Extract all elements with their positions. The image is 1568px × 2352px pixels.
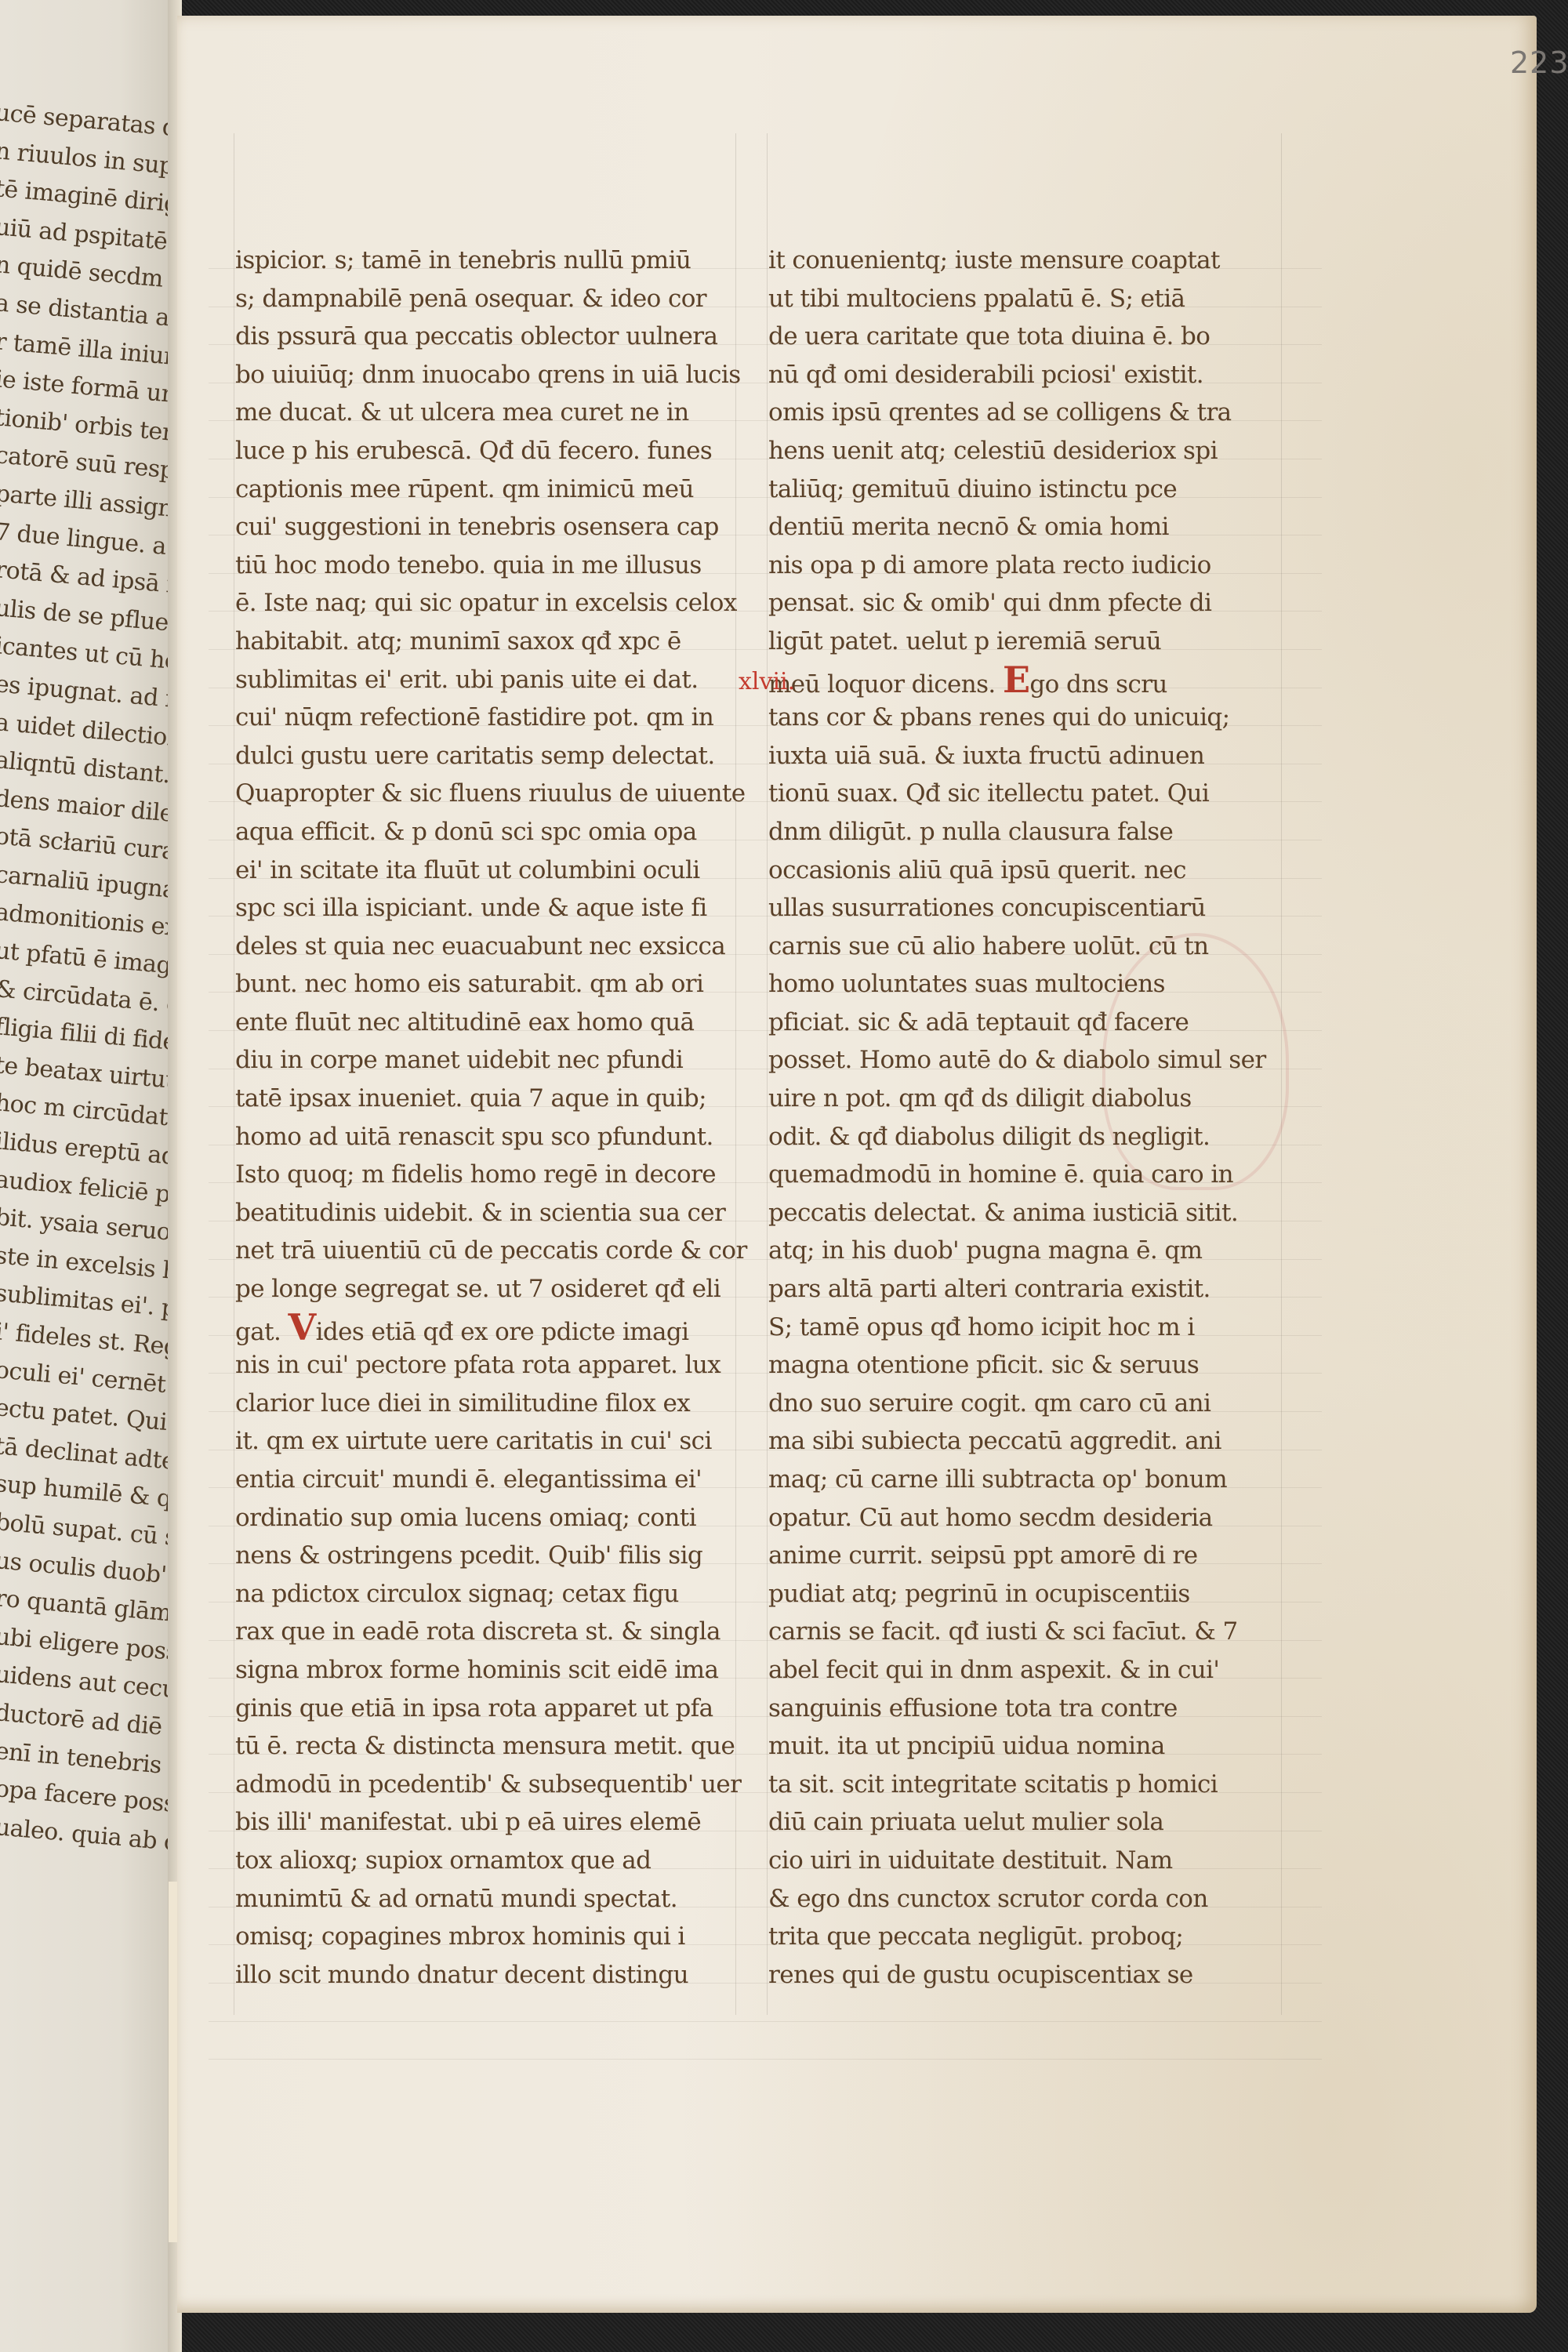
text-line: signa mbrox forme hominis scit eidē ima — [235, 1651, 737, 1690]
text-line: spc sci illa ispiciant. unde & aque iste… — [235, 889, 737, 927]
text-line: cio uiri in uiduitate destituit. Nam — [768, 1842, 1278, 1880]
text-line: s; dampnabilē penā osequar. & ideo cor — [235, 280, 737, 318]
text-line: anime currit. seipsū ppt amorē di re — [768, 1537, 1278, 1575]
text-line: de uera caritate que tota diuina ē. bo — [768, 318, 1278, 356]
text-line: tū ē. recta & distincta mensura metit. q… — [235, 1727, 737, 1766]
text-line: odit. & qđ diabolus diligit ds negligit. — [768, 1118, 1278, 1156]
text-line: tiū hoc modo tenebo. quia in me illusus — [235, 546, 737, 585]
text-line: dentiū merita necnō & omia homi — [768, 508, 1278, 546]
text-line: ē. Iste naq; qui sic opatur in excelsis … — [235, 584, 737, 622]
text-line: ei' in scitate ita fluūt ut columbini oc… — [235, 851, 737, 890]
text-line: sublimitas ei' erit. ubi panis uite ei d… — [235, 661, 737, 699]
text-line: hens uenit atq; celestiū desideriox spi — [768, 432, 1278, 470]
recto-page: 223 ispicior. s; tamē in tenebris nullū … — [177, 16, 1537, 2313]
text-line: habitabit. atq; munimī saxox qđ xpc ē — [235, 622, 737, 661]
text-line: bis illi' manifestat. ubi p eā uires ele… — [235, 1803, 737, 1842]
text-line: dnm diligūt. p nulla clausura false — [768, 813, 1278, 851]
text-line: bunt. nec homo eis saturabit. qm ab ori — [235, 965, 737, 1004]
text-column-left: ispicior. s; tamē in tenebris nullū pmiū… — [235, 241, 737, 1994]
text-line: homo uoluntates suas multociens — [768, 965, 1278, 1004]
text-line: tans cor & pbans renes qui do unicuiq; — [768, 699, 1278, 737]
text-line: aqua efficit. & p donū sci spc omia opa — [235, 813, 737, 851]
text-line: maq; cū carne illi subtracta op' bonum — [768, 1461, 1278, 1499]
text-line: nens & ostringens pcedit. Quib' filis si… — [235, 1537, 737, 1575]
text-line: atq; in his duob' pugna magna ē. qm — [768, 1232, 1278, 1270]
text-line: clarior luce diei in similitudine filox … — [235, 1385, 737, 1423]
text-line: gat. Vides etiā qđ ex ore pdicte imagi — [235, 1308, 737, 1347]
text-line: tionū suax. Qđ sic itellectu patet. Qui — [768, 775, 1278, 813]
text-line: na pdictox circulox signaq; cetax figu — [235, 1575, 737, 1613]
text-line: dis pssurā qua peccatis oblector uulnera — [235, 318, 737, 356]
text-line: cui' suggestioni in tenebris osensera ca… — [235, 508, 737, 546]
text-line: renes qui de gustu ocupiscentiax se — [768, 1956, 1278, 1994]
text-line: sanguinis effusione tota tra contre — [768, 1690, 1278, 1728]
text-line: it conuenientq; iuste mensure coaptat — [768, 241, 1278, 280]
chapter-number-rubric: xlvii. — [739, 668, 795, 695]
ruling-line — [209, 2021, 1322, 2022]
text-line: dno suo seruire cogit. qm caro cū ani — [768, 1385, 1278, 1423]
text-line: carnis se facit. qđ iusti & sci facīut. … — [768, 1613, 1278, 1651]
text-line: nis opa p di amore plata recto iudicio — [768, 546, 1278, 585]
text-line: diu in corpe manet uidebit nec pfundi — [235, 1041, 737, 1080]
text-line: rax que in eadē rota discreta st. & sing… — [235, 1613, 737, 1651]
text-line: carnis sue cū alio habere uolūt. cū tn — [768, 927, 1278, 966]
text-line: ma sibi subiecta peccatū aggredit. ani — [768, 1422, 1278, 1461]
text-line: omis ipsū qrentes ad se colligens & tra — [768, 394, 1278, 432]
text-line: deles st quia nec euacuabunt nec exsicca — [235, 927, 737, 966]
text-line: dulci gustu uere caritatis semp delectat… — [235, 737, 737, 775]
text-line: homo ad uitā renascit spu sco pfundunt. — [235, 1118, 737, 1156]
ruling-line — [209, 2059, 1322, 2060]
text-line: uire n pot. qm qđ ds diligit diabolus — [768, 1080, 1278, 1118]
text-line: pars altā parti alteri contraria existit… — [768, 1270, 1278, 1308]
text-line: pe longe segregat se. ut 7 osideret qđ e… — [235, 1270, 737, 1308]
folio-number: 223 — [1510, 45, 1568, 80]
text-line: ordinatio sup omia lucens omiaq; conti — [235, 1499, 737, 1537]
text-line: Quapropter & sic fluens riuulus de uiuen… — [235, 775, 737, 813]
rubricated-initial: E — [1003, 659, 1029, 701]
text-line: magna otentione pficit. sic & seruus — [768, 1346, 1278, 1385]
text-line: quemadmodū in homine ē. quia caro in — [768, 1156, 1278, 1194]
text-line: taliūq; gemituū diuino istinctu pce — [768, 470, 1278, 509]
text-line: meū loquor dicens. Ego dns scru — [768, 661, 1278, 699]
text-line: bo uiuiūq; dnm inuocabo qrens in uiā luc… — [235, 356, 737, 394]
text-line: ligūt patet. uelut p ieremiā seruū — [768, 622, 1278, 661]
text-line: cui' nūqm refectionē fastidire pot. qm i… — [235, 699, 737, 737]
text-line: nis in cui' pectore pfata rota apparet. … — [235, 1346, 737, 1385]
text-line: ta sit. scit integritate scitatis p homi… — [768, 1766, 1278, 1804]
text-line: luce p his erubescā. Qđ dū fecero. funes — [235, 432, 737, 470]
text-line: & ego dns cunctox scrutor corda con — [768, 1880, 1278, 1918]
facing-page: ucē separatas de se pferentn riuulos in … — [0, 0, 171, 2352]
text-line: pudiat atq; pegrinū in ocupiscentiis — [768, 1575, 1278, 1613]
text-line: occasionis aliū quā ipsū querit. nec — [768, 851, 1278, 890]
text-line: omisq; copagines mbrox hominis qui i — [235, 1918, 737, 1956]
text-line: diū cain priuata uelut mulier sola — [768, 1803, 1278, 1842]
text-line: it. qm ex uirtute uere caritatis in cui'… — [235, 1422, 737, 1461]
text-line: entia circuit' mundi ē. elegantissima ei… — [235, 1461, 737, 1499]
text-line: abel fecit qui in dnm aspexit. & in cui' — [768, 1651, 1278, 1690]
text-line: beatitudinis uidebit. & in scientia sua … — [235, 1194, 737, 1232]
text-line: opatur. Cū aut homo secdm desideria — [768, 1499, 1278, 1537]
text-line: muit. ita ut pncipiū uidua nomina — [768, 1727, 1278, 1766]
text-line: peccatis delectat. & anima iusticiā siti… — [768, 1194, 1278, 1232]
text-line: tox alioxq; supiox ornamtox que ad — [235, 1842, 737, 1880]
text-line: Isto quoq; m fidelis homo regē in decore — [235, 1156, 737, 1194]
text-line: tatē ipsax inueniet. quia 7 aque in quib… — [235, 1080, 737, 1118]
text-line: ispicior. s; tamē in tenebris nullū pmiū — [235, 241, 737, 280]
text-line: posset. Homo autē do & diabolo simul ser — [768, 1041, 1278, 1080]
text-line: S; tamē opus qđ homo icipit hoc m i — [768, 1308, 1278, 1347]
text-line: pensat. sic & omib' qui dnm pfecte di — [768, 584, 1278, 622]
text-line: admodū in pcedentib' & subsequentib' uer — [235, 1766, 737, 1804]
text-line: ut tibi multociens ppalatū ē. S; etiā — [768, 280, 1278, 318]
ruling-line — [767, 133, 768, 2015]
text-line: trita que peccata negligūt. proboq; — [768, 1918, 1278, 1956]
text-line: ginis que etiā in ipsa rota apparet ut p… — [235, 1690, 737, 1728]
text-line: pficiat. sic & adā teptauit qđ facere — [768, 1004, 1278, 1042]
text-line: me ducat. & ut ulcera mea curet ne in — [235, 394, 737, 432]
facing-page-text: ucē separatas de se pferentn riuulos in … — [0, 94, 171, 1846]
text-line: nū qđ omi desiderabili pciosi' existit. — [768, 356, 1278, 394]
text-line: illo scit mundo dnatur decent distingu — [235, 1956, 737, 1994]
text-line: iuxta uiā suā. & iuxta fructū adinuen — [768, 737, 1278, 775]
text-line: net trā uiuentiū cū de peccatis corde & … — [235, 1232, 737, 1270]
ruling-line — [234, 133, 234, 2015]
text-line: ullas susurrationes concupiscentiarū — [768, 889, 1278, 927]
text-line: captionis mee rūpent. qm inimicū meū — [235, 470, 737, 509]
text-column-right: it conuenientq; iuste mensure coaptatut … — [768, 241, 1278, 1994]
text-line: ente fluūt nec altitudinē eax homo quā — [235, 1004, 737, 1042]
text-line: munimtū & ad ornatū mundi spectat. — [235, 1880, 737, 1918]
rubricated-initial: V — [289, 1306, 316, 1348]
